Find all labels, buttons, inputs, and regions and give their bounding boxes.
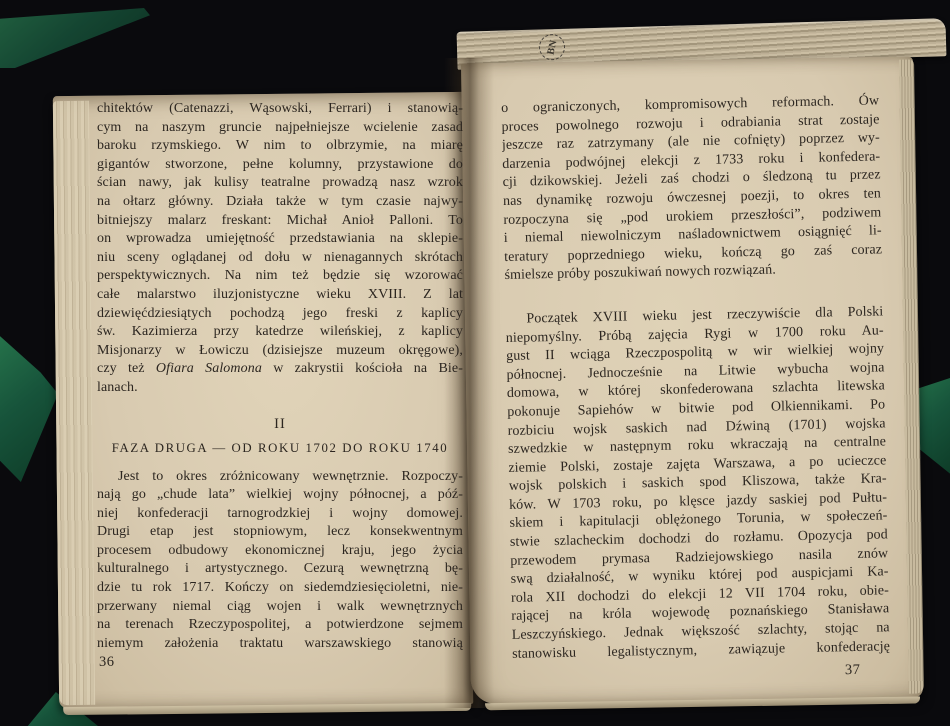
text-line: nają go „chude lata” wielkiej wojny półn… xyxy=(97,486,463,505)
text-line: chitektów (Catenazzi, Wąsowski, Ferrari)… xyxy=(97,100,463,119)
text-line: ścian nawy, jak kulisy teatralne prowadz… xyxy=(97,174,463,193)
text-line: Drugi etap jest stopniowym, lecz konsekw… xyxy=(97,523,463,542)
green-cloth-left xyxy=(0,330,58,482)
green-cloth-top-left xyxy=(0,8,150,68)
text-line: cym na naszym gruncie najpełniejsze wcie… xyxy=(97,119,463,138)
right-paragraph-2: Początek XVIII wieku jest rzeczywiście d… xyxy=(505,303,890,664)
right-paragraph-1: o ograniczonych, kompromisowych reformac… xyxy=(501,92,883,285)
text-line: czy też Ofiara Salomona w zakrystii kośc… xyxy=(97,360,463,379)
right-page-bottom-edges xyxy=(485,696,920,710)
section-numeral: II xyxy=(97,415,463,433)
text-line: gigantów stworzone, pełne kolumny, przys… xyxy=(97,156,463,175)
left-page-side-edges xyxy=(53,101,95,705)
library-stamp-label: BN xyxy=(545,39,559,56)
text-line: niu sceny oglądanej od dołu w nienaganny… xyxy=(97,249,463,268)
left-page-bottom-edges xyxy=(63,703,471,715)
text-line: baroku rzymskiego. W nim to olbrzymie, n… xyxy=(97,137,463,156)
right-page-text: o ograniczonych, kompromisowych reformac… xyxy=(501,92,890,664)
text-line: przerwany niemal ciąg wojen i walk wewnę… xyxy=(97,598,463,617)
text-line: niemym założenia traktatu warszawskiego … xyxy=(97,635,463,654)
text-line: procesem odbudowy ekonomicznej kraju, je… xyxy=(97,542,463,561)
right-page-side-edges xyxy=(899,59,924,693)
section-title: FAZA DRUGA — OD ROKU 1702 DO ROKU 1740 xyxy=(97,439,463,457)
text-line: dziewięćdziesiątych pochodzą jego freski… xyxy=(97,305,463,324)
text-line: na terenach Rzeczypospolitej, a potwierd… xyxy=(97,616,463,635)
page-number-right: 37 xyxy=(845,662,861,679)
book-photo: { "photo": { "background_color": "#0a0a0… xyxy=(0,0,950,726)
text-line: całe malarstwo iluzjonistyczne wieku XVI… xyxy=(97,286,463,305)
text-line: św. Kazimierza przy katedrze wileńskiej,… xyxy=(97,323,463,342)
text-line: lanach. xyxy=(97,379,463,398)
text-line: niej konfederacji tarnogrodzkiej i wojny… xyxy=(97,505,463,524)
left-paragraph-1: chitektów (Catenazzi, Wąsowski, Ferrari)… xyxy=(97,100,463,398)
left-page-text: chitektów (Catenazzi, Wąsowski, Ferrari)… xyxy=(97,100,463,653)
text-line: dzie tu rok 1717. Kończy on siedemdziesi… xyxy=(97,579,463,598)
page-number-left: 36 xyxy=(99,654,115,671)
library-stamp: BN xyxy=(536,32,567,63)
text-line: na ołtarz główny. Działa także w tym cza… xyxy=(97,193,463,212)
text-line: Misjonarzy w Łowiczu (dzisiejsze muzeum … xyxy=(97,342,463,361)
left-paragraph-2: Jest to okres zróżnicowany wewnętrznie. … xyxy=(97,468,463,654)
text-line: on wprowadza umiejętność przedstawiania … xyxy=(97,230,463,249)
text-line: bitniejszy malarz freskant: Michał Anioł… xyxy=(97,212,463,231)
text-line: perspektywicznych. Na nim też będzie się… xyxy=(97,267,463,286)
text-line: kulturalnego i artystycznego. Cezurą wew… xyxy=(97,560,463,579)
text-line: Jest to okres zróżnicowany wewnętrznie. … xyxy=(97,468,463,487)
